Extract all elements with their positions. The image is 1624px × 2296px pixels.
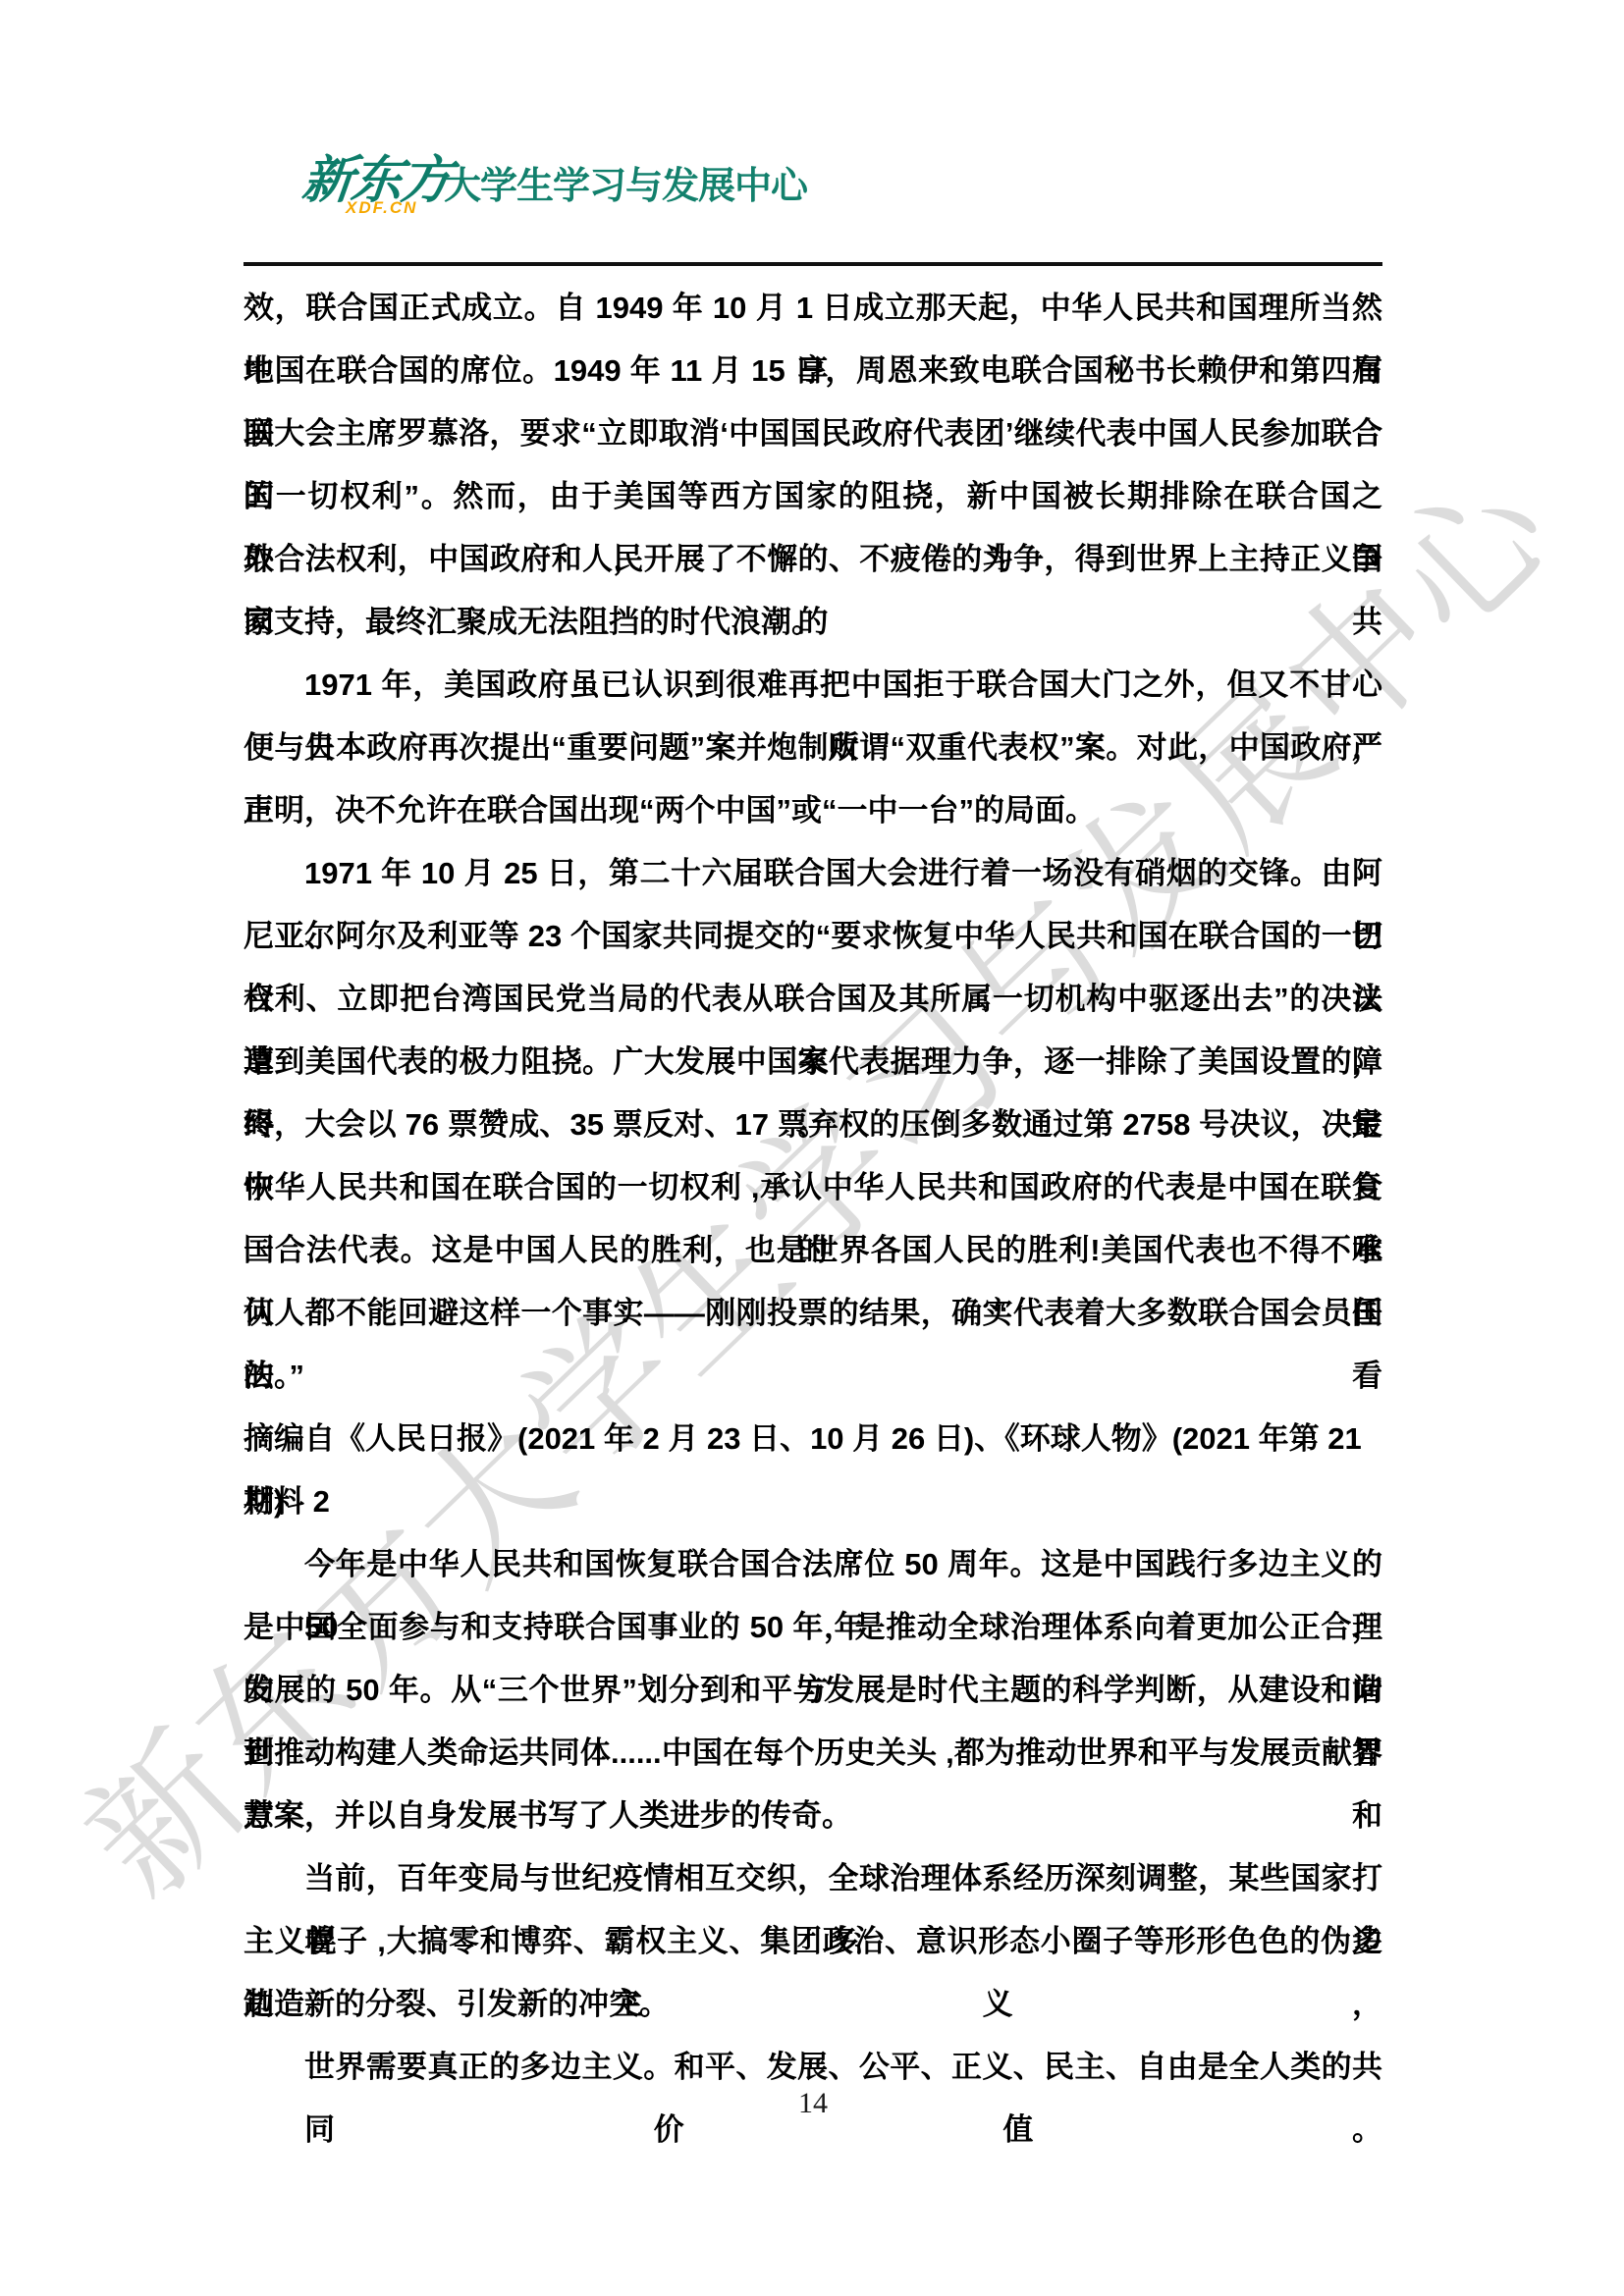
text-line: 尼亚、阿尔及利亚等 23 个国家共同提交的“要求恢复中华人民共和国在联合国的一切… [244,905,1382,968]
text-line: 终，大会以 76 票赞成、35 票反对、17 票弃权的压倒多数通过第 2758 … [244,1094,1382,1156]
document-page: 新东方大学生学习与发展中心 新东方 XDF.CN 大学生学习与发展中心 效，联合… [0,0,1624,2296]
header-rule-divider [244,262,1382,266]
text-line: 遭到美国代表的极力阻挠。广大发展中国家代表据理力争，逐一排除了美国设置的障碍。最 [244,1031,1382,1094]
text-line: 材料 2 [244,1470,1382,1533]
page-content: 新东方 XDF.CN 大学生学习与发展中心 效，联合国正式成立。自 1949 年… [0,0,1624,2296]
text-line: 中华人民共和国在联合国的一切权利 ,承认中华人民共和国政府的代表是中国在联合国的… [244,1156,1382,1219]
text-line: 今年是中华人民共和国恢复联合国合法席位 50 周年。这是中国践行多边主义的 50… [244,1533,1382,1596]
text-line: 发展的 50 年。从“三个世界”划分到和平与发展是时代主题的科学判断，从建设和谐… [244,1659,1382,1722]
text-line: 便与日本政府再次提出“重要问题”案并炮制所谓“双重代表权”案。对此，中国政府严正 [244,717,1382,779]
text-line: 国大会主席罗慕洛，要求“立即取消‘中国国民政府代表团’继续代表中国人民参加联合国 [244,402,1382,465]
text-line: 取合法权利，中国政府和人民开展了不懈的、不疲倦的斗争，得到世界上主持正义国家的共 [244,528,1382,591]
text-line: 一合法代表。这是中国人民的胜利，也是世界各国人民的胜利!美国代表也不得不承认：“… [244,1219,1382,1282]
text-line: 摘编自《人民日报》(2021 年 2 月 23 日、10 月 26 日)、《环球… [244,1408,1382,1470]
text-line: 效，联合国正式成立。自 1949 年 10 月 1 日成立那天起，中华人民共和国… [244,277,1382,340]
text-line: 1971 年，美国政府虽已认识到很难再把中国拒于联合国大门之外，但又不甘心失败， [244,654,1382,717]
text-line: 到推动构建人类命运共同体......中国在每个历史关头 ,都为推动世界和平与发展… [244,1722,1382,1785]
text-line: 当前，百年变局与世纪疫情相互交织，全球治理体系经历深刻调整，某些国家打着多边 [244,1847,1382,1910]
header-title: 大学生学习与发展中心 [444,165,807,208]
text-line: 何人都不能回避这样一个事实——刚刚投票的结果，确实代表着大多数联合国会员国的看 [244,1282,1382,1345]
body-text: 效，联合国正式成立。自 1949 年 10 月 1 日成立那天起，中华人民共和国… [244,277,1382,2099]
text-line: 声明，决不允许在联合国出现“两个中国”或“一中一台”的局面。 [244,779,1382,842]
text-line: 权利、立即把台湾国民党当局的代表从联合国及其所属一切机构中驱逐出去”的决议草案， [244,968,1382,1031]
text-line: 中国在联合国的席位。1949 年 11 月 15 日，周恩来致电联合国秘书长赖伊… [244,340,1382,402]
text-line: 是中国全面参与和支持联合国事业的 50 年，是推动全球治理体系向着更加公正合理的… [244,1596,1382,1659]
text-line: 1971 年 10 月 25 日，第二十六届联合国大会进行着一场没有硝烟的交锋。… [244,842,1382,905]
xdf-logo-domain: XDF.CN [346,199,417,216]
page-number: 14 [244,2087,1382,2120]
text-line: 主义幌子 ,大搞零和博弈、霸权主义、集团政治、意识形态小圈子等形形色色的伪多边主… [244,1910,1382,1973]
text-line: 的一切权利”。然而，由于美国等西方国家的阻挠，新中国被长期排除在联合国之外，为争 [244,465,1382,528]
